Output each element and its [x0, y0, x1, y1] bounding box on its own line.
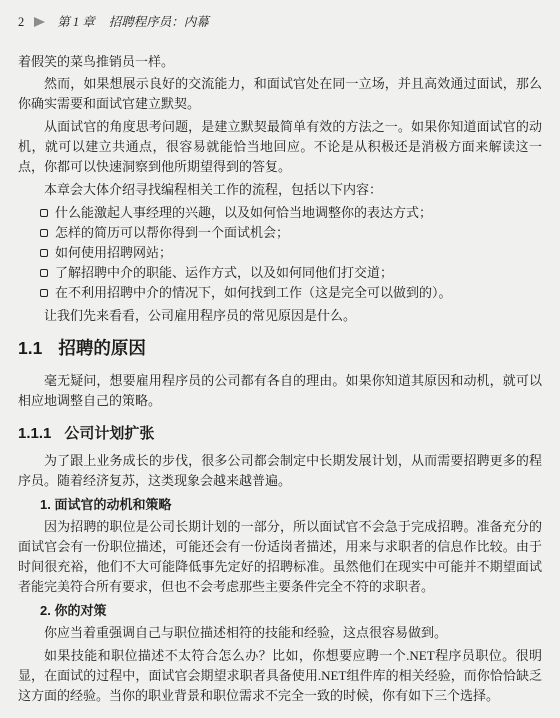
paragraph-overview: 本章会大体介绍寻找编程相关工作的流程，包括以下内容：	[18, 180, 542, 200]
list-item: 什么能激起人事经理的兴趣，以及如何恰当地调整你的表达方式；	[40, 203, 542, 223]
right-triangle-icon	[34, 17, 45, 27]
chapter-title: 招聘程序员：内幕	[109, 14, 209, 30]
checkbox-bullet-icon	[40, 229, 48, 237]
paragraph-lead-in: 让我们先来看看，公司雇用程序员的常见原因是什么。	[18, 306, 542, 326]
section-title: 公司计划扩张	[64, 425, 154, 442]
paragraph-your-strategy-1: 你应当着重强调自己与职位描述相符的技能和经验，这点很容易做到。	[18, 623, 542, 643]
section-title: 招聘的原因	[58, 338, 146, 358]
paragraph-your-strategy-2: 如果技能和职位描述不太符合怎么办？比如，你想要应聘一个.NET程序员职位。很明显…	[18, 646, 542, 706]
section-heading-1-1-1: 1.1.1公司计划扩张	[18, 425, 542, 442]
section-number: 1.1.1	[18, 425, 51, 442]
paragraph-section-1-1-1: 为了跟上业务成长的步伐，很多公司都会制定中长期发展计划，从而需要招聘更多的程序员…	[18, 451, 542, 491]
checkbox-bullet-icon	[40, 289, 48, 297]
list-item: 怎样的简历可以帮你得到一个面试机会；	[40, 223, 542, 243]
paragraph-continuation: 着假笑的菜鸟推销员一样。	[18, 52, 542, 72]
paragraph-section-1-1: 毫无疑问，想要雇用程序员的公司都有各自的理由。如果你知道其原因和动机，就可以相应…	[18, 371, 542, 411]
chapter-topics-list: 什么能激起人事经理的兴趣，以及如何恰当地调整你的表达方式； 怎样的简历可以帮你得…	[18, 203, 542, 303]
list-item: 如何使用招聘网站；	[40, 243, 542, 263]
list-item-text: 怎样的简历可以帮你得到一个面试机会；	[55, 225, 289, 240]
list-item-text: 如何使用招聘网站；	[55, 245, 172, 260]
list-item-text: 了解招聘中介的职能、运作方式，以及如何同他们打交道；	[55, 265, 393, 280]
subheading-your-strategy: 2. 你的对策	[40, 604, 542, 618]
list-item-text: 在不利用招聘中介的情况下，如何找到工作（这是完全可以做到的）。	[55, 285, 452, 300]
paragraph-interviewer-motives: 因为招聘的职位是公司长期计划的一部分，所以面试官不会急于完成招聘。准备充分的面试…	[18, 517, 542, 597]
checkbox-bullet-icon	[40, 249, 48, 257]
running-head: 2 第 1 章 招聘程序员：内幕	[18, 14, 542, 30]
page-number: 2	[18, 14, 24, 30]
checkbox-bullet-icon	[40, 269, 48, 277]
paragraph-rapport: 然而，如果想展示良好的交流能力，和面试官处在同一立场，并且高效通过面试，那么你确…	[18, 74, 542, 114]
chapter-label: 第 1 章	[57, 14, 95, 30]
paragraph-perspective: 从面试官的角度思考问题，是建立默契最简单有效的方法之一。如果你知道面试官的动机，…	[18, 117, 542, 177]
list-item: 了解招聘中介的职能、运作方式，以及如何同他们打交道；	[40, 263, 542, 283]
list-item-text: 什么能激起人事经理的兴趣，以及如何恰当地调整你的表达方式；	[55, 205, 432, 220]
subheading-interviewer-motives: 1. 面试官的动机和策略	[40, 498, 542, 512]
list-item: 在不利用招聘中介的情况下，如何找到工作（这是完全可以做到的）。	[40, 283, 542, 303]
section-number: 1.1	[18, 338, 42, 358]
section-heading-1-1: 1.1招聘的原因	[18, 338, 542, 358]
checkbox-bullet-icon	[40, 209, 48, 217]
book-page: 2 第 1 章 招聘程序员：内幕 着假笑的菜鸟推销员一样。 然而，如果想展示良好…	[0, 0, 560, 718]
